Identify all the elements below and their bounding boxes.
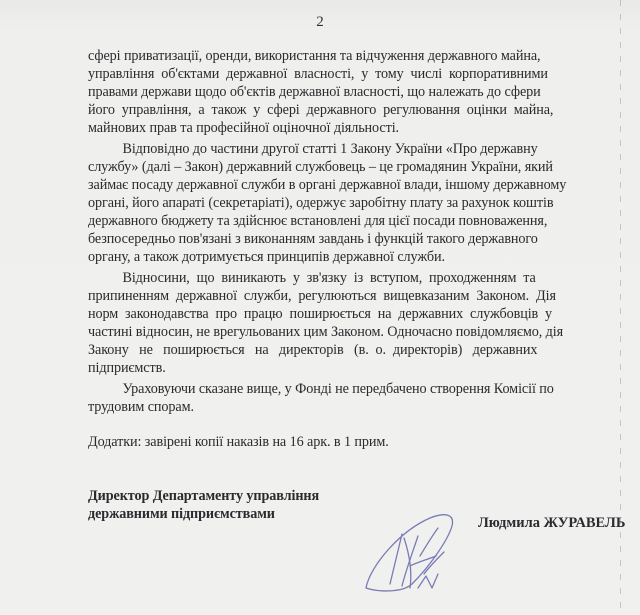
document-text-line: трудовим спорам. [88,398,194,416]
document-text-line: безпосередньо пов'язані з виконанням зав… [88,230,538,248]
signer-name: Людмила ЖУРАВЕЛЬ [478,515,625,532]
document-text-line: органу, а також дотримується принципів д… [88,248,445,266]
document-text-line: службу» (далі – Закон) державний службов… [88,158,553,176]
document-text-line: Відносини, що виникають у зв'язку із вст… [88,269,536,287]
scanned-document-page: 2 сфері приватизації, оренди, використан… [0,0,640,615]
document-text-line: державного бюджету та здійснює встановле… [88,212,547,230]
document-text-line: Ураховуючи сказане вище, у Фонді не пере… [88,380,554,398]
document-text-line: Додатки: завірені копії наказів на 16 ар… [88,433,389,451]
document-text-line: майнових прав та професійної оціночної д… [88,119,399,137]
document-text-line: займає посаду державної служби в органі … [88,176,566,194]
document-text-line: управління об'єктами державної власності… [88,65,548,83]
document-text-line: підприємств. [88,359,166,377]
document-text-line: сфері приватизації, оренди, використання… [88,47,540,65]
document-text-line: Відповідно до частини другої статті 1 За… [88,140,538,158]
document-text-line: правами держави щодо об'єктів державної … [88,83,541,101]
document-text-line: його управління, а також у сфері державн… [88,101,553,119]
signatory-position-line-1: Директор Департаменту управління [88,487,319,505]
page-number: 2 [0,14,640,31]
document-text-line: припиненням державної служби, регулюютьс… [88,287,556,305]
document-text-line: органі, його апараті (секретаріаті), оде… [88,194,553,212]
document-text-line: Закону не поширюється на директорів (в. … [88,341,537,359]
signatory-position-line-2: державними підприємствами [88,505,275,523]
document-text-line: норм законодавства про працю поширюється… [88,305,552,323]
document-text-line: частині відносин, не врегульованих цим З… [88,323,563,341]
handwritten-signature-icon [360,496,480,596]
